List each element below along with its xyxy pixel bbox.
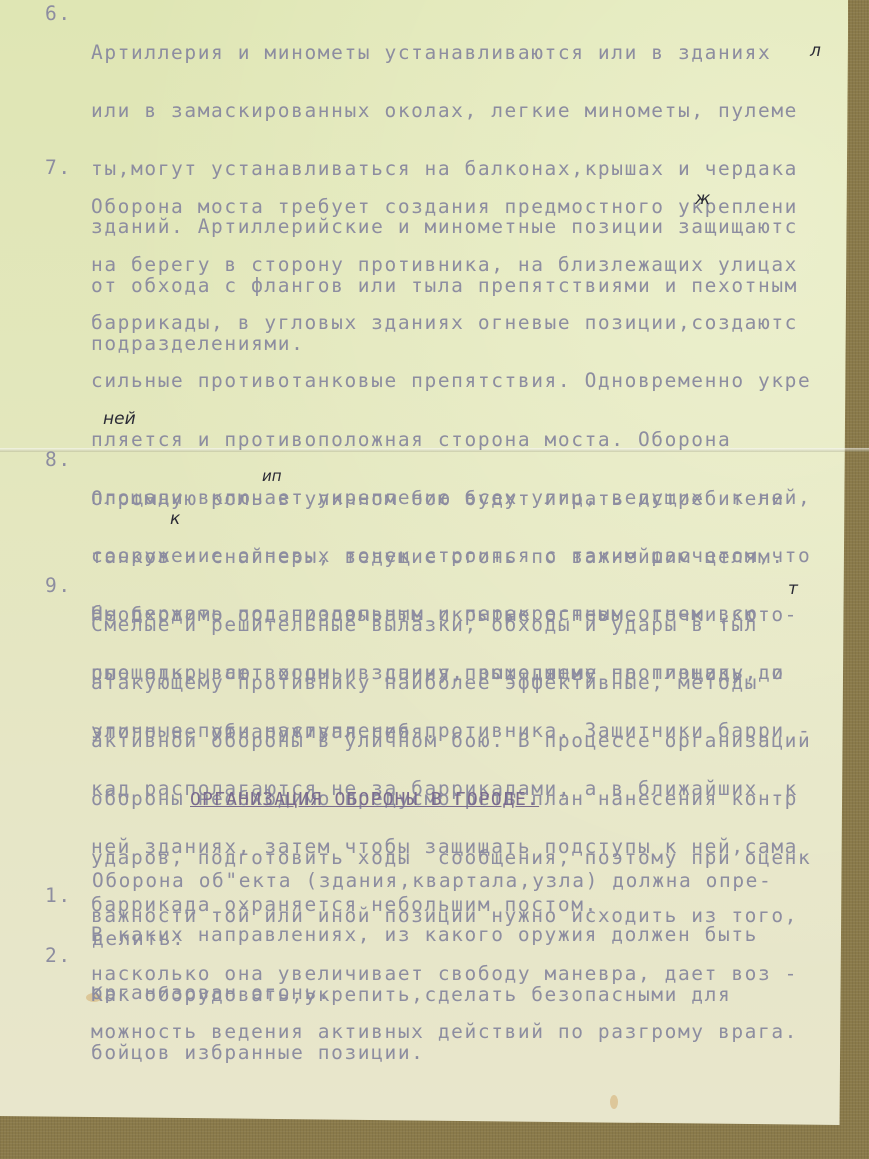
line: Смелые и решительные вылазки, обходы и у… [91,615,811,634]
line: баррикады, в угловых зданиях огневые поз… [91,313,811,332]
line: сильные противотанковые препятствия. Одн… [91,371,811,390]
line: Артиллерия и минометы устанавливаются ил… [91,43,798,62]
handwritten-annotation: ж [695,190,710,209]
handwritten-annotation: ней [103,410,136,429]
handwritten-annotation: л [810,42,821,61]
line: танков и снайперы, ведущие огонь по важн… [91,547,798,566]
paragraph-number: 9. [45,576,72,595]
handwritten-annotation: ип [262,467,282,486]
paragraph-number: 7. [45,158,72,177]
handwritten-annotation: т [788,580,798,599]
line: активной обороны в уличном бою. В процес… [91,731,811,750]
item-number: 2. [45,946,72,965]
item-lines: Как оборудовать,укрепить,сделать безопас… [91,946,731,1101]
item-number: 1. [45,886,72,905]
line: бойцов избранные позиции. [91,1043,731,1062]
paragraph-number: 6. [45,4,72,23]
line: Как оборудовать,укрепить,сделать безопас… [91,985,731,1004]
section-heading: ОРГАНИЗАЦИЯ ОБОРОНЫ В ГОРОДЕ. [190,790,539,809]
line: атакующему противнику наиболее эффективн… [91,673,811,692]
handwritten-annotation: к [170,510,180,529]
line: Огромную роль в уличном бою будут играть… [91,489,798,508]
line: В каких направлениях, из какого оружия д… [91,925,758,944]
line: или в замаскированных околах, легкие мин… [91,101,798,120]
paragraph-number: 8. [45,450,72,469]
line: на берегу в сторону противника, на близл… [91,255,811,274]
line: пляется и противоположная сторона моста.… [91,430,811,449]
